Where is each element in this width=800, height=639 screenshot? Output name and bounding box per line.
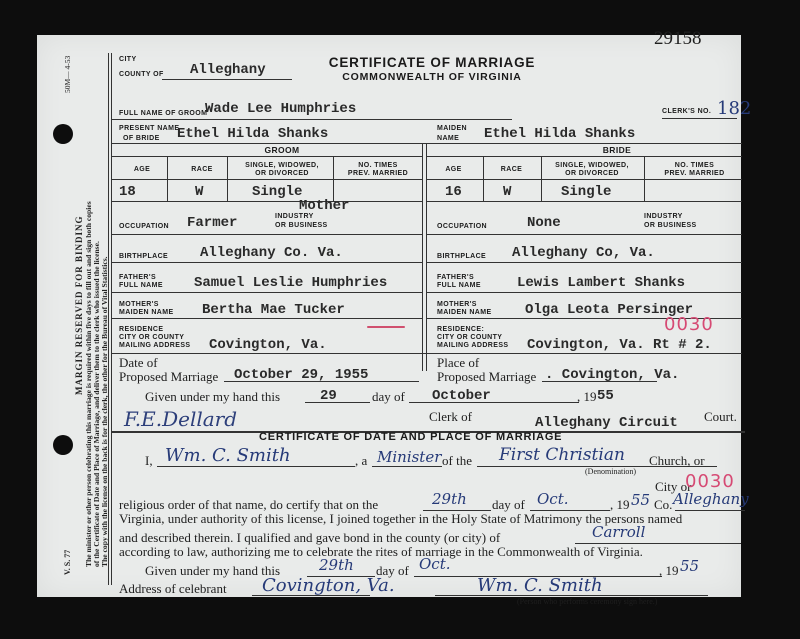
married-year: 55 (631, 491, 650, 509)
city-label: City (119, 56, 137, 64)
groom-father-label-1: Father's (119, 274, 156, 282)
groom-age-header: Age (112, 166, 172, 174)
county-underline (162, 79, 292, 80)
binding-hole-bottom (53, 435, 73, 455)
groom-residence: Covington, Va. (209, 337, 327, 353)
bride-status-header-1: Single, Widowed, (542, 162, 642, 170)
groom-name-label: Full Name of Groom (119, 110, 207, 118)
bride-residence-label-2: City or County (437, 334, 502, 342)
groom-race: W (195, 184, 203, 200)
bride-age: 16 (445, 184, 462, 200)
groom-times-header-2: Prev. Married (335, 170, 421, 178)
certificate-number: 29158 (654, 28, 702, 50)
groom-name-value: Wade Lee Humphries (205, 101, 356, 117)
i-text: I, (145, 453, 153, 469)
celebration-heading: Certificate of Date and Place of Marriag… (259, 431, 562, 443)
binding-hole-top (53, 124, 73, 144)
groom-heading-line (112, 156, 422, 157)
groom-birthplace-underline (112, 262, 422, 263)
groom-heading: Groom (237, 146, 327, 154)
bride-birthplace: Alleghany Co, Va. (512, 245, 655, 261)
groom-occupation-underline (112, 234, 422, 235)
bride-row-underline (426, 201, 742, 202)
groom-residence-label-1: Residence (119, 326, 163, 334)
bride-industry-label-1: Industry (644, 213, 683, 221)
left-border-line-2 (111, 53, 112, 585)
celebrant-name: Wm. C. Smith (165, 445, 291, 466)
celebrant-signature: Wm. C. Smith (477, 575, 603, 596)
red-pencil-mark (367, 326, 405, 328)
groom-status-header-2: or Divorced (232, 170, 332, 178)
groom-age: 18 (119, 184, 136, 200)
margin-print-code: 50M— 4-53 (63, 56, 72, 93)
groom-industry-note: Mother (299, 198, 349, 214)
groom-residence-label-3: Mailing Address (119, 342, 190, 350)
residence-underline (112, 353, 742, 354)
married-county-underline (675, 510, 745, 511)
groom-industry-label-1: Industry (275, 213, 314, 221)
bride-age-header: Age (426, 166, 481, 174)
groom-mother-label-2: Maiden Name (119, 309, 174, 317)
celebrant-name-underline (157, 466, 355, 467)
groom-father: Samuel Leslie Humphries (194, 275, 387, 291)
signature-label: (Person who performs ceremony sign here.… (517, 597, 657, 606)
title-underline (372, 466, 442, 467)
denomination: First Christian (499, 445, 625, 465)
groom-residence-label-2: City or County (119, 334, 184, 342)
proposed-place-underline (542, 381, 657, 382)
given-text: Given under my hand this (145, 389, 280, 405)
groom-bride-divider-2 (426, 143, 427, 371)
bride-present-label-1: Present Name (119, 125, 179, 133)
celebrant-address: Covington, Va. (262, 575, 395, 596)
address-label: Address of celebrant (119, 581, 227, 597)
church-or-text: Church, or (649, 453, 705, 469)
bride-birthplace-underline (426, 262, 742, 263)
groom-times-header-1: No. Times (335, 162, 421, 170)
bond-county: Carroll (592, 523, 645, 541)
margin-heading: MARGIN RESERVED FOR BINDING (74, 216, 84, 395)
given-year: 55 (597, 388, 614, 404)
clerk-no-label: Clerk's No. (662, 108, 711, 116)
bride-occupation-label: Occupation (437, 223, 487, 231)
clerk-of-text: Clerk of (429, 409, 472, 425)
bride-present-label-2: of Bride (123, 135, 160, 143)
bride-occupation: None (527, 215, 561, 231)
bride-status-header-2: or Divorced (542, 170, 642, 178)
clerk-court: Alleghany Circuit (535, 415, 678, 431)
celebration-given-text: Given under my hand this (145, 563, 280, 579)
celebrant-title: Minister (377, 448, 441, 466)
proposed-date-label-2: Proposed Marriage (119, 369, 218, 385)
groom-occupation-label: Occupation (119, 223, 169, 231)
groom-bride-divider (422, 143, 423, 371)
bride-residence: Covington, Va. Rt # 2. (527, 337, 712, 353)
bride-times-header-2: Prev. Married (647, 170, 742, 178)
bride-name-underline (112, 143, 742, 144)
bride-residence-label-3: Mailing Address (437, 342, 508, 350)
bride-header-underline (426, 179, 742, 180)
county-code-stamp-bottom: 0030 (685, 471, 735, 492)
proposed-place-label-2: Proposed Marriage (437, 369, 536, 385)
groom-birthplace: Alleghany Co. Va. (200, 245, 343, 261)
certificate-subtitle: Commonwealth of Virginia (307, 71, 557, 83)
bride-times-header-1: No. Times (647, 162, 742, 170)
groom-father-label-2: Full Name (119, 282, 163, 290)
groom-status: Single (252, 184, 302, 200)
groom-occupation: Farmer (187, 215, 237, 231)
groom-name-underline (112, 119, 512, 120)
groom-mother-label-1: Mother's (119, 301, 159, 309)
bride-race-header: Race (484, 166, 539, 174)
bride-birthplace-label: Birthplace (437, 253, 486, 261)
marriage-certificate-paper: V. S. 77 50M— 4-53 MARGIN RESERVED FOR B… (37, 35, 741, 597)
groom-mother: Bertha Mae Tucker (202, 302, 345, 318)
proposed-date-underline (224, 381, 419, 382)
bride-occupation-underline (426, 234, 742, 235)
given-day-of-text: day of (372, 389, 405, 405)
bride-race: W (503, 184, 511, 200)
groom-row-underline (112, 201, 422, 202)
celebration-given-year-prefix: , 19 (659, 563, 679, 579)
given-day: 29 (320, 388, 337, 404)
groom-header-underline (112, 179, 422, 180)
county-label: County of (119, 71, 164, 79)
groom-father-underline (112, 292, 422, 293)
bride-heading-line (426, 156, 742, 157)
married-month: Oct. (537, 490, 569, 508)
bride-status: Single (561, 184, 611, 200)
left-border-line (108, 53, 109, 585)
bride-father-label-1: Father's (437, 274, 474, 282)
bride-heading: Bride (577, 146, 657, 154)
celebration-given-day: 29th (319, 556, 354, 574)
of-the-text: of the (442, 453, 472, 469)
bride-mother-label-1: Mother's (437, 301, 477, 309)
celebration-given-month: Oct. (419, 555, 451, 573)
bride-maiden-label-2: Name (437, 135, 459, 143)
bride-industry-label-2: or Business (644, 222, 697, 230)
bride-father-label-2: Full Name (437, 282, 481, 290)
bride-maiden-label-1: Maiden (437, 125, 467, 133)
clerk-signature: F.E.Dellard (124, 407, 237, 431)
bride-maiden-value: Ethel Hilda Shanks (484, 126, 635, 142)
county-value: Alleghany (190, 62, 266, 78)
body-line-4: according to law, authorizing me to cele… (119, 544, 643, 560)
bride-present-value: Ethel Hilda Shanks (177, 126, 328, 142)
given-year-prefix: , 19 (577, 389, 597, 405)
margin-form-code: V. S. 77 (63, 550, 72, 575)
given-month: October (432, 388, 491, 404)
certificate-title: Certificate of Marriage (307, 55, 557, 70)
bride-residence-label-1: Residence: (437, 326, 484, 334)
court-text: Court. (704, 409, 737, 425)
bride-father: Lewis Lambert Shanks (517, 275, 685, 291)
clerk-no-underline (662, 118, 737, 119)
county-code-stamp-top: 0030 (664, 314, 714, 335)
given-day-underline (305, 402, 370, 403)
groom-race-header: Race (172, 166, 232, 174)
groom-industry-label-2: or Business (275, 222, 328, 230)
bride-mother-label-2: Maiden Name (437, 309, 492, 317)
bride-father-underline (426, 292, 742, 293)
denomination-label: (Denomination) (585, 467, 636, 476)
groom-birthplace-label: Birthplace (119, 253, 168, 261)
clerk-no-value: 182 (717, 98, 751, 119)
groom-mother-underline (112, 318, 422, 319)
married-county: Alleghany (673, 490, 749, 508)
a-text: , a (355, 453, 367, 469)
groom-status-header-1: Single, Widowed, (232, 162, 332, 170)
married-day: 29th (432, 490, 467, 508)
celebration-given-year: 55 (680, 557, 699, 575)
